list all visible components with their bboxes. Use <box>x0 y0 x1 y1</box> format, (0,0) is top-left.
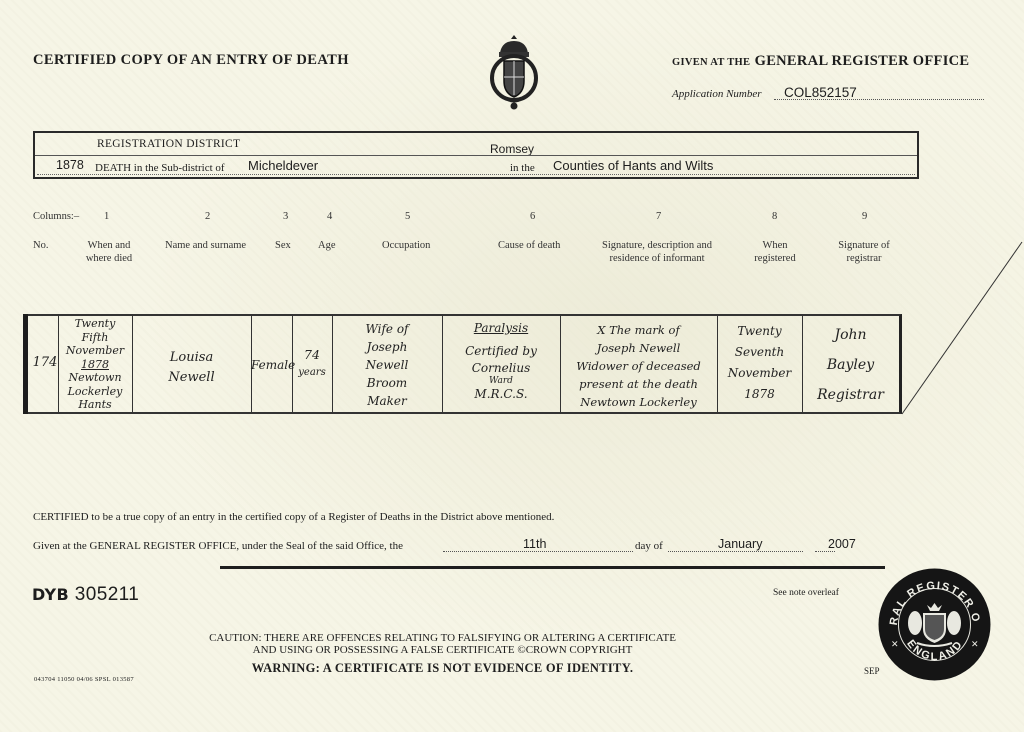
county-value: Counties of Hants and Wilts <box>553 158 713 173</box>
column-number: 3 <box>283 210 288 223</box>
registrar-signature: John Bayley Registrar <box>802 320 899 410</box>
name-surname: Louisa Newell <box>132 348 251 388</box>
given-at-label: GIVEN AT THE <box>672 57 750 68</box>
header-cause-of-death: Cause of death <box>498 239 560 252</box>
cause-of-death: Paralysis Certified by Cornelius Ward M.… <box>442 320 560 403</box>
application-number-row: Application Number COL852157 <box>672 88 984 106</box>
certified-statement: CERTIFIED to be a true copy of an entry … <box>33 511 554 523</box>
cancellation-diagonal-line <box>900 240 1024 416</box>
column-number: 6 <box>530 210 535 223</box>
svg-text:✕: ✕ <box>891 640 899 650</box>
column-number: 8 <box>772 210 777 223</box>
occupation: Wife of Joseph Newell Broom Maker <box>332 320 442 410</box>
divider-rule <box>220 566 885 569</box>
informant: X The mark of Joseph Newell Widower of d… <box>560 321 717 411</box>
header-no: No. <box>33 239 48 252</box>
when-registered: Twenty Seventh November 1878 <box>717 321 802 405</box>
sub-district-value: Micheldever <box>248 158 318 173</box>
entry-number: 174 <box>31 356 59 370</box>
column-number: 1 <box>104 210 109 223</box>
see-note-overleaf: See note overleaf <box>773 588 839 598</box>
given-at-header: GIVEN AT THE GENERAL REGISTER OFFICE <box>672 52 969 70</box>
columns-label: Columns:– <box>33 210 79 223</box>
registration-district-value: Romsey <box>490 142 534 156</box>
application-number-value: COL852157 <box>784 85 857 100</box>
application-number-label: Application Number <box>672 88 762 100</box>
header-signature-registrar: Signature of registrar <box>831 239 897 265</box>
general-register-office-label: GENERAL REGISTER OFFICE <box>755 53 970 69</box>
age: 74 years <box>292 346 332 382</box>
header-when-registered: When registered <box>748 239 802 265</box>
issue-day: 11th <box>523 537 546 551</box>
issue-year: 2007 <box>828 537 856 551</box>
given-at-line: Given at the GENERAL REGISTER OFFICE, un… <box>33 540 883 558</box>
column-number: 4 <box>327 210 332 223</box>
sex: Female <box>251 358 293 372</box>
column-number: 5 <box>405 210 410 223</box>
registration-year: 1878 <box>56 158 84 172</box>
sub-district-label: DEATH in the Sub-district of <box>95 162 225 174</box>
svg-text:✕: ✕ <box>971 640 979 650</box>
header-occupation: Occupation <box>382 239 430 252</box>
given-prefix: Given at the GENERAL REGISTER OFFICE, un… <box>33 540 403 552</box>
print-code: 043704 11050 04/06 SPSL 013587 <box>34 676 134 683</box>
registration-district-label: REGISTRATION DISTRICT <box>97 138 240 150</box>
header-when-where-died: When and where died <box>78 239 140 265</box>
warning-text: WARNING: A CERTIFICATE IS NOT EVIDENCE O… <box>200 661 685 676</box>
caution-text: CAUTION: THERE ARE OFFENCES RELATING TO … <box>200 632 685 656</box>
header-name-surname: Name and surname <box>165 239 246 252</box>
certificate-title: CERTIFIED COPY OF AN ENTRY OF DEATH <box>33 52 349 69</box>
issue-month: January <box>718 537 762 551</box>
header-sex: Sex <box>275 239 291 252</box>
day-of-label: day of <box>635 540 663 552</box>
general-register-office-seal-icon: GENERAL REGISTER OFFICE ENGLAND ✕ ✕ <box>877 567 992 682</box>
registration-district-box: REGISTRATION DISTRICT Romsey 1878 DEATH … <box>33 131 919 179</box>
in-the-label: in the <box>510 162 535 174</box>
royal-coat-of-arms-icon <box>484 33 544 113</box>
death-certificate: CERTIFIED COPY OF AN ENTRY OF DEATH GIVE… <box>0 0 1024 732</box>
column-number: 2 <box>205 210 210 223</box>
header-age: Age <box>318 239 336 252</box>
header-informant: Signature, description and residence of … <box>596 239 718 265</box>
certificate-serial-number: DYB 305211 <box>32 584 139 606</box>
when-where-died: Twenty Fifth November 1878 Newtown Locke… <box>58 317 132 412</box>
column-number: 9 <box>862 210 867 223</box>
death-entry-row: 174 Twenty Fifth November 1878 Newtown L… <box>25 314 902 414</box>
column-number: 7 <box>656 210 661 223</box>
